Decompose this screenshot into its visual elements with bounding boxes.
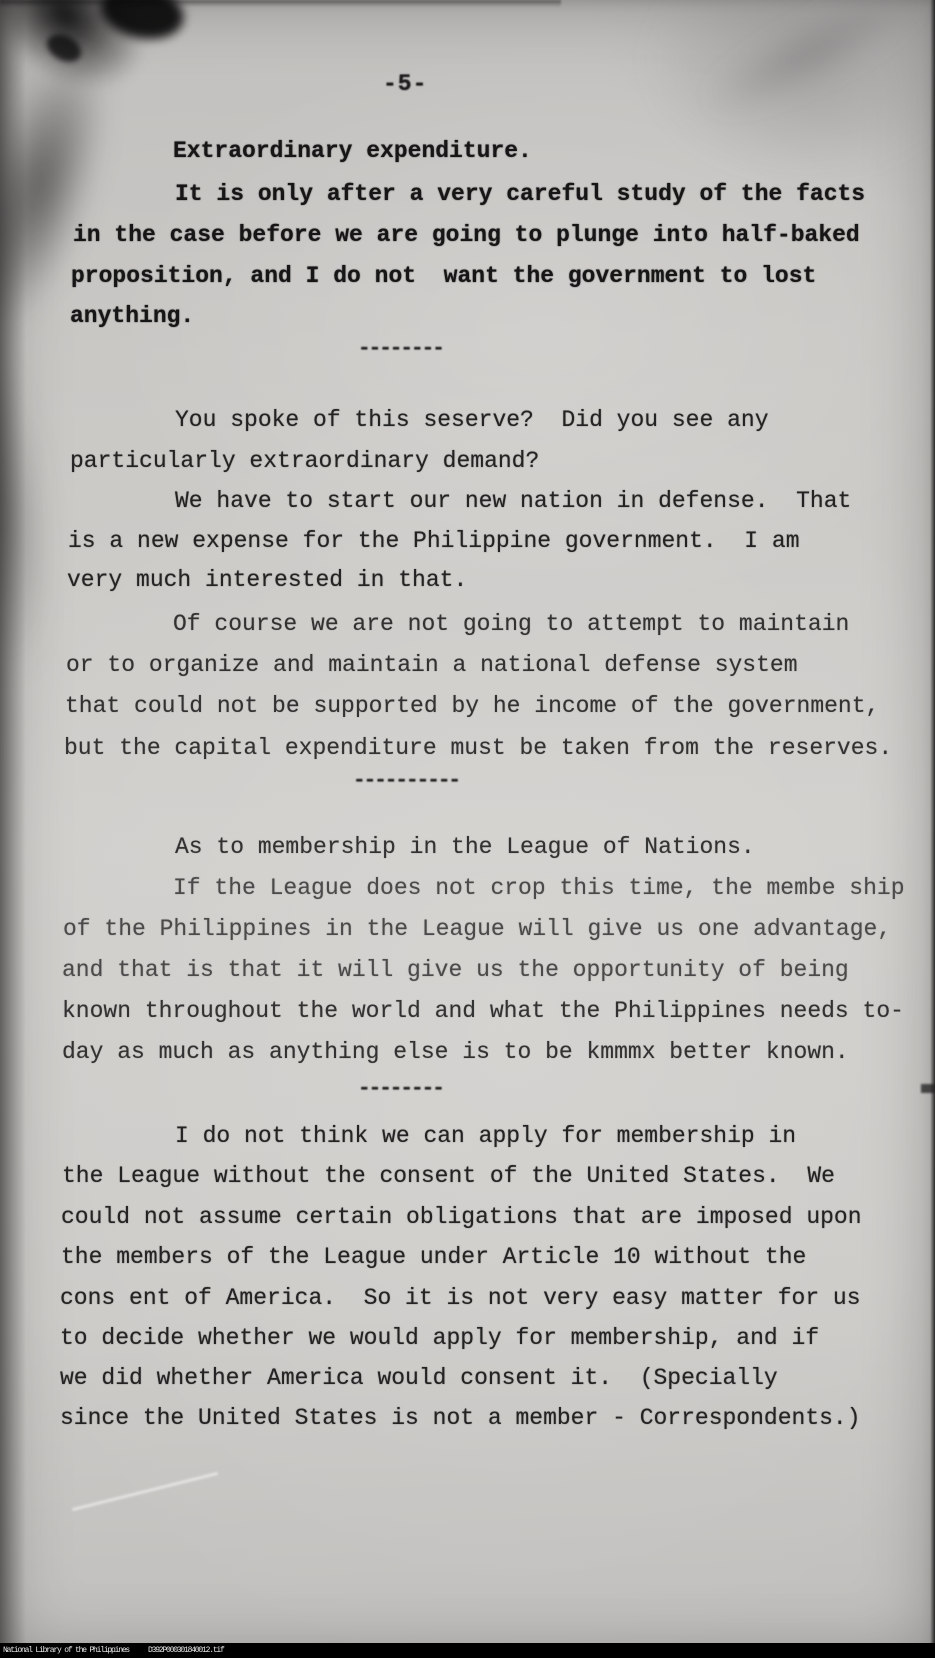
typewritten-line: is a new expense for the Philippine gove… — [68, 527, 800, 555]
typewritten-line: As to membership in the League of Nation… — [175, 833, 755, 861]
typewritten-line: or to organize and maintain a national d… — [66, 651, 798, 679]
typewritten-line: I do not think we can apply for membersh… — [175, 1122, 796, 1150]
typewritten-line: could not assume certain obligations tha… — [61, 1203, 862, 1231]
typewritten-line: known throughout the world and what the … — [62, 997, 904, 1025]
scan-mark-right-edge — [921, 1084, 935, 1093]
scan-right-edge-shadow — [930, 0, 935, 1658]
typewritten-line: in the case before we are going to plung… — [73, 221, 860, 249]
typewritten-line: and that is that it will give us the opp… — [62, 956, 849, 984]
scan-crease-left-upper — [0, 0, 174, 413]
section-heading: Extraordinary expenditure. — [173, 137, 532, 165]
footer-library-label: National Library of the Philippines — [3, 1643, 129, 1658]
typed-separator: -------- — [358, 1076, 443, 1104]
scan-shading-top-right — [595, 0, 935, 210]
typewritten-line: since the United States is not a member … — [60, 1404, 861, 1432]
typewritten-line: day as much as anything else is to be km… — [62, 1038, 849, 1066]
typewritten-line: we did whether America would consent it.… — [60, 1364, 778, 1392]
scan-scratch-bottom-left — [72, 1472, 218, 1511]
scan-ink-blot-top — [96, 0, 189, 46]
scan-footer-bar: National Library of the Philippines D392… — [0, 1643, 935, 1658]
typewritten-line: You spoke of this seserve? Did you see a… — [175, 406, 769, 434]
scan-crease-left-lower — [0, 276, 82, 755]
typed-separator: ---------- — [353, 768, 459, 796]
page-number: -5- — [383, 70, 427, 98]
typewritten-line: anything. — [70, 302, 194, 330]
typewritten-line: proposition, and I do not want the gover… — [71, 262, 816, 290]
scan-left-edge-shadow — [0, 0, 26, 1658]
footer-filename: D392P000301840012.tif — [148, 1643, 224, 1658]
typewritten-line: particularly extraordinary demand? — [70, 447, 539, 475]
typewritten-line: Of course we are not going to attempt to… — [173, 610, 849, 638]
typewritten-line: very much interested in that. — [67, 566, 467, 594]
typewritten-line: the members of the League under Article … — [61, 1243, 806, 1271]
scan-crease-top-right — [645, 0, 935, 163]
typewritten-line: We have to start our new nation in defen… — [175, 487, 851, 515]
scan-ink-spot — [42, 29, 85, 67]
typewritten-line: the League without the consent of the Un… — [62, 1162, 835, 1190]
typed-separator: -------- — [358, 336, 443, 364]
typewritten-line: but the capital expenditure must be take… — [64, 734, 892, 762]
scan-top-edge-shadow — [0, 0, 561, 7]
typewritten-line: of the Philippines in the League will gi… — [63, 915, 891, 943]
typewritten-line: If the League does not crop this time, t… — [173, 874, 905, 902]
typewritten-line: that could not be supported by he income… — [65, 692, 879, 720]
typewritten-line: to decide whether we would apply for mem… — [60, 1324, 819, 1352]
scanned-page: -5- Extraordinary expenditure. It is onl… — [0, 0, 935, 1658]
scan-smudge-top-left-corner — [0, 0, 216, 159]
typewritten-line: cons ent of America. So it is not very e… — [60, 1284, 861, 1312]
typewritten-line: It is only after a very careful study of… — [175, 180, 865, 208]
